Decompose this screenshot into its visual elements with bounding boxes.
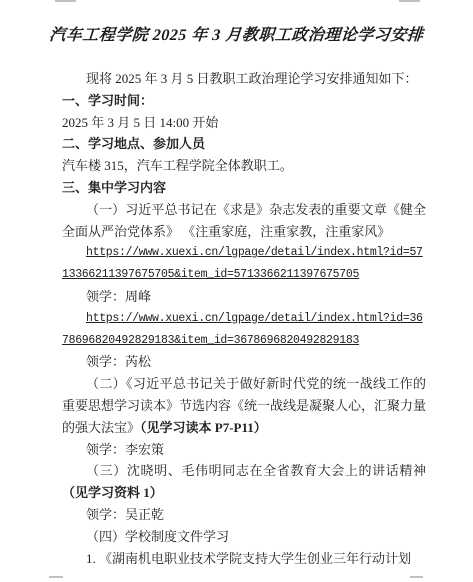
item-1-leader-1: 领学：周峰 [62, 286, 426, 308]
document-page: 汽车工程学院 2025 年 3 月教职工政治理论学习安排 现将 2025 年 3… [0, 0, 473, 582]
section-3-heading: 三、集中学习内容 [62, 177, 426, 199]
item-2-leader: 领学：李宏策 [62, 439, 426, 461]
section-2-heading: 二、学习地点、参加人员 [62, 133, 426, 155]
item-3-reference: （见学习资料 1） [62, 485, 163, 500]
study-link-2[interactable]: https://www.xuexi.cn/lgpage/detail/index… [62, 308, 426, 352]
margin-mark-top-right [399, 0, 420, 2]
doc-body: 现将 2025 年 3 月 5 日教职工政治理论学习安排通知如下： 一、学习时间… [62, 68, 426, 569]
section-1-heading: 一、学习时间： [62, 90, 426, 112]
item-4-sub-1: 1. 《湖南机电职业技术学院支持大学生创业三年行动计划 [62, 548, 426, 570]
item-3-text-run: （三）沈晓明、毛伟明同志在全省教育大会上的讲话精神 [86, 463, 426, 478]
margin-mark-top-left [55, 0, 76, 2]
margin-mark-bottom-left [49, 576, 63, 578]
item-2-text: （二）《习近平总书记关于做好新时代党的统一战线工作的重要思想学习读本》节选内容《… [62, 373, 426, 438]
doc-title: 汽车工程学院 2025 年 3 月教职工政治理论学习安排 [0, 22, 473, 45]
item-3-leader: 领学：吴正乾 [62, 504, 426, 526]
section-2-body: 汽车楼 315，汽车工程学院全体教职工。 [62, 155, 426, 177]
item-1-leader-2: 领学：芮松 [62, 351, 426, 373]
section-1-body: 2025 年 3 月 5 日 14:00 开始 [62, 112, 426, 134]
item-3-text: （三）沈晓明、毛伟明同志在全省教育大会上的讲话精神（见学习资料 1） [62, 460, 426, 504]
margin-mark-bottom-right [410, 576, 423, 578]
study-link-1[interactable]: https://www.xuexi.cn/lgpage/detail/index… [62, 242, 426, 286]
item-1-text: （一）习近平总书记在《求是》杂志发表的重要文章《健全全面从严治党体系》 《注重家… [62, 199, 426, 243]
item-4-text: （四）学校制度文件学习 [62, 526, 426, 548]
item-2-reference: （见学习读本 P7-P11） [140, 420, 267, 435]
intro-paragraph: 现将 2025 年 3 月 5 日教职工政治理论学习安排通知如下： [62, 68, 426, 90]
